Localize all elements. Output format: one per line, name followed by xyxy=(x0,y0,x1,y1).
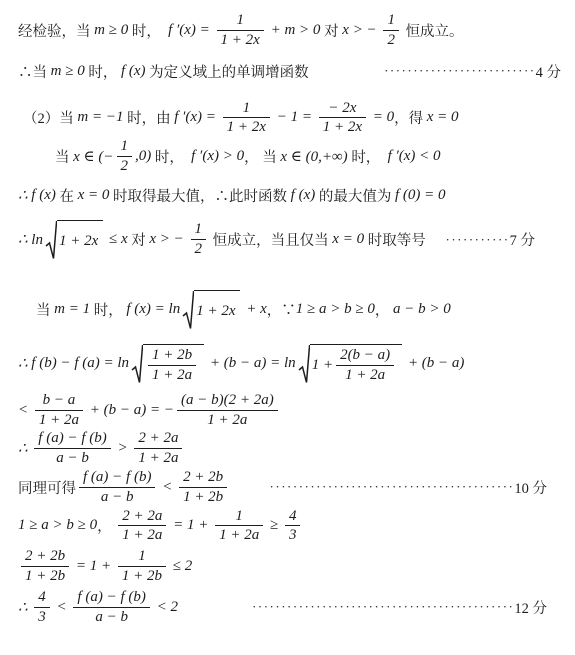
fraction-denominator: 3 xyxy=(34,608,50,626)
radicand: 1 +2(b − a)1 + 2a xyxy=(310,344,403,384)
fraction-numerator: 2 + 2a xyxy=(134,430,182,449)
math-run: ∴ ln xyxy=(18,230,43,249)
fraction-denominator: 1 + 2a xyxy=(177,411,278,429)
math-run: + (b − a) = ln xyxy=(206,355,296,372)
text-run: 对 xyxy=(128,229,150,250)
solution-line-11: 同理可得f (a) − f (b)a − b < 2 + 2b1 + 2b···… xyxy=(18,469,561,506)
fraction: f (a) − f (b)a − b xyxy=(73,589,149,626)
fraction: 2 + 2a1 + 2a xyxy=(134,430,182,467)
solution-line-14: ∴ 43 < f (a) − f (b)a − b < 2···········… xyxy=(18,589,561,626)
math-run: ∴ xyxy=(18,186,31,205)
math-run: x ∈ (− xyxy=(73,147,113,166)
fraction: 1 + 2b1 + 2a xyxy=(148,347,196,384)
fraction-denominator: 1 + 2a xyxy=(118,526,166,544)
solution-line-4: 当 x ∈ (−12,0) 时， f ′(x) > 0， 当 x ∈ (0,+∞… xyxy=(55,138,561,175)
math-run: ∴ xyxy=(18,439,31,458)
radical-icon xyxy=(45,220,57,260)
fraction-numerator: 1 + 2b xyxy=(148,347,196,366)
fraction-numerator: (a − b)(2 + 2a) xyxy=(177,392,278,411)
fraction: 12 xyxy=(383,12,399,49)
fraction-numerator: f (a) − f (b) xyxy=(34,430,110,449)
fraction: 11 + 2x xyxy=(223,100,270,137)
solution-line-7: 当 m = 1 时， f (x) = ln1 + 2x + x，∵1 ≥ a >… xyxy=(36,290,561,330)
fraction-denominator: 1 + 2a xyxy=(35,411,83,429)
fraction-numerator: 1 xyxy=(223,100,270,119)
text-run: 时取等号 xyxy=(364,229,426,250)
math-run: 1 ≥ a > b ≥ 0 xyxy=(18,517,97,534)
text-run: ， 当 xyxy=(244,146,280,167)
text-run: 在 xyxy=(56,185,78,206)
math-run: > xyxy=(114,440,132,457)
math-run: ≥ xyxy=(266,517,282,534)
math-run: m = 1 xyxy=(54,301,90,318)
radicand: 1 + 2x xyxy=(194,290,240,330)
text-run: 对 xyxy=(324,20,342,41)
fraction: 2(b − a)1 + 2a xyxy=(336,347,394,384)
fraction: b − a1 + 2a xyxy=(35,392,83,429)
solution-document: 经检验，当 m ≥ 0 时， f ′(x) = 11 + 2x + m > 0 … xyxy=(0,0,575,625)
fraction-denominator: a − b xyxy=(79,488,155,506)
math-run: = 1 + xyxy=(169,517,212,534)
math-run: 1 + xyxy=(312,357,333,374)
fraction-denominator: 1 + 2b xyxy=(179,488,227,506)
fraction-numerator: 4 xyxy=(285,508,301,527)
text-run: 经检验，当 xyxy=(18,20,94,41)
sqrt-expression: 1 + 2x xyxy=(182,290,240,330)
math-run: a − b > 0 xyxy=(393,301,451,318)
math-run: f ′(x) > 0 xyxy=(191,148,244,165)
fraction: f (a) − f (b)a − b xyxy=(34,430,110,467)
fraction: 11 + 2x xyxy=(217,12,264,49)
score-mark: 10 分 xyxy=(514,477,547,498)
fraction-denominator: 1 + 2x xyxy=(319,118,366,136)
solution-line-12: 1 ≥ a > b ≥ 0， 2 + 2a1 + 2a = 1 + 11 + 2… xyxy=(18,508,561,545)
fraction: − 2x1 + 2x xyxy=(319,100,366,137)
fraction-denominator: 1 + 2b xyxy=(118,567,166,585)
math-run: = 0 xyxy=(369,109,394,126)
text-run: 恒成立。 xyxy=(402,20,464,41)
math-run: x = 0 xyxy=(427,109,459,126)
text-run: 为定义域上的单调增函数 xyxy=(146,61,309,82)
fraction-numerator: 1 xyxy=(217,12,264,31)
math-run: m ≥ 0 xyxy=(94,22,128,39)
fraction-denominator: 2 xyxy=(383,31,399,49)
text-run: ，得 xyxy=(394,107,427,128)
math-run: ≤ 2 xyxy=(169,558,192,575)
text-run: 时， xyxy=(85,61,121,82)
text-run: 时取得最大值，∴此时函数 xyxy=(109,185,290,206)
math-run: f ′(x) = xyxy=(174,109,219,126)
math-run: ,0) xyxy=(135,148,151,165)
fraction-numerator: 2 + 2b xyxy=(179,469,227,488)
fraction-numerator: 2(b − a) xyxy=(336,347,394,366)
fraction-denominator: 2 xyxy=(191,240,207,258)
text-run: 的最大值为 xyxy=(315,185,395,206)
text-run: 当 xyxy=(36,299,54,320)
math-run: < xyxy=(53,599,71,616)
math-run: x = 0 xyxy=(78,187,110,204)
solution-line-5: ∴ f (x) 在 x = 0 时取得最大值，∴此时函数 f (x) 的最大值为… xyxy=(18,185,561,206)
text-run: 当 xyxy=(55,146,73,167)
math-run: + (b − a) xyxy=(404,355,464,372)
fraction-denominator: 1 + 2x xyxy=(223,118,270,136)
fraction: 11 + 2b xyxy=(118,548,166,585)
fraction: 11 + 2a xyxy=(215,508,263,545)
radical-icon xyxy=(182,290,194,330)
solution-line-3: （2）当 m = −1 时，由 f ′(x) = 11 + 2x − 1 = −… xyxy=(23,100,561,137)
fraction-numerator: 1 xyxy=(118,548,166,567)
dots-leader: ········································… xyxy=(252,599,514,615)
text-run: ， xyxy=(97,515,115,536)
fraction-numerator: − 2x xyxy=(319,100,366,119)
radicand: 1 + 2b1 + 2a xyxy=(143,344,204,384)
math-run: x ∈ (0,+∞) xyxy=(280,147,347,166)
fraction-denominator: 1 + 2x xyxy=(217,31,264,49)
fraction-denominator: 1 + 2b xyxy=(21,567,69,585)
solution-line-1: 经检验，当 m ≥ 0 时， f ′(x) = 11 + 2x + m > 0 … xyxy=(18,12,561,49)
sqrt-expression: 1 +2(b − a)1 + 2a xyxy=(298,344,403,384)
fraction-numerator: 1 xyxy=(117,138,133,157)
math-run: 1 ≥ a > b ≥ 0 xyxy=(296,301,375,318)
fraction: 2 + 2a1 + 2a xyxy=(118,508,166,545)
fraction: 43 xyxy=(285,508,301,545)
math-run: x = 0 xyxy=(332,231,364,248)
math-run: + m > 0 xyxy=(267,22,324,39)
math-run: + (b − a) = − xyxy=(86,402,174,419)
fraction-denominator: 1 + 2a xyxy=(148,366,196,384)
math-run: ∴ xyxy=(18,354,31,373)
math-run: ≤ x xyxy=(105,231,127,248)
solution-line-8: ∴ f (b) − f (a) = ln1 + 2b1 + 2a + (b − … xyxy=(18,344,561,384)
math-run: < xyxy=(158,479,176,496)
math-run: f (x) = ln xyxy=(126,301,180,318)
text-run: 时， xyxy=(128,20,168,41)
fraction: 2 + 2b1 + 2b xyxy=(179,469,227,506)
fraction-numerator: 1 xyxy=(191,221,207,240)
math-run: f (x) xyxy=(291,187,316,204)
dots-leader: ········································… xyxy=(270,479,515,495)
math-run: x > − xyxy=(342,22,380,39)
dots-leader: ·························· xyxy=(384,63,536,79)
dots-leader: ··········· xyxy=(446,232,510,248)
fraction: 12 xyxy=(117,138,133,175)
fraction-denominator: 1 + 2a xyxy=(215,526,263,544)
fraction-numerator: 4 xyxy=(34,589,50,608)
fraction-numerator: f (a) − f (b) xyxy=(73,589,149,608)
sqrt-expression: 1 + 2b1 + 2a xyxy=(131,344,204,384)
fraction-numerator: 1 xyxy=(215,508,263,527)
math-run: < xyxy=(18,402,32,419)
text-run: 同理可得 xyxy=(18,477,76,498)
math-run: = 1 + xyxy=(72,558,115,575)
score-mark: 4 分 xyxy=(536,61,561,82)
math-run: f (0) = 0 xyxy=(395,187,446,204)
text-run: ，∵ xyxy=(267,299,296,320)
solution-line-13: 2 + 2b1 + 2b = 1 + 11 + 2b ≤ 2 xyxy=(18,548,561,585)
fraction: (a − b)(2 + 2a)1 + 2a xyxy=(177,392,278,429)
text-run: ∴当 xyxy=(18,61,51,82)
text-run: 时，由 xyxy=(123,107,174,128)
radicand: 1 + 2x xyxy=(57,220,103,260)
solution-line-9: < b − a1 + 2a + (b − a) = −(a − b)(2 + 2… xyxy=(18,392,561,429)
math-run: f (x) xyxy=(121,63,146,80)
fraction-denominator: 2 xyxy=(117,157,133,175)
score-mark: 12 分 xyxy=(514,597,547,618)
math-run: x > − xyxy=(149,231,187,248)
math-run: m = −1 xyxy=(77,109,123,126)
math-run: − 1 = xyxy=(273,109,316,126)
math-run: f ′(x) < 0 xyxy=(388,148,441,165)
fraction-numerator: f (a) − f (b) xyxy=(79,469,155,488)
fraction-denominator: a − b xyxy=(73,608,149,626)
fraction-denominator: 3 xyxy=(285,526,301,544)
score-mark: 7 分 xyxy=(510,229,535,250)
solution-line-2: ∴当 m ≥ 0 时， f (x) 为定义域上的单调增函数···········… xyxy=(18,61,561,82)
radical-icon xyxy=(131,344,143,384)
text-run: （2）当 xyxy=(23,107,77,128)
math-run: ∴ xyxy=(18,598,31,617)
fraction-denominator: 1 + 2a xyxy=(134,449,182,467)
solution-line-6: ∴ ln1 + 2x ≤ x 对 x > − 12 恒成立，当且仅当 x = 0… xyxy=(18,220,561,260)
math-run: + x xyxy=(242,301,266,318)
math-run: m ≥ 0 xyxy=(51,63,85,80)
fraction: 2 + 2b1 + 2b xyxy=(21,548,69,585)
radical-icon xyxy=(298,344,310,384)
fraction: 12 xyxy=(191,221,207,258)
text-run: 时， xyxy=(151,146,191,167)
fraction-numerator: 2 + 2b xyxy=(21,548,69,567)
text-run: 恒成立，当且仅当 xyxy=(209,229,332,250)
math-run: f ′(x) = xyxy=(168,22,213,39)
fraction-denominator: 1 + 2a xyxy=(336,366,394,384)
fraction-numerator: 2 + 2a xyxy=(118,508,166,527)
fraction: 43 xyxy=(34,589,50,626)
text-run: 时， xyxy=(90,299,126,320)
math-run: f (x) xyxy=(31,187,56,204)
fraction: f (a) − f (b)a − b xyxy=(79,469,155,506)
fraction-numerator: 1 xyxy=(383,12,399,31)
fraction-denominator: a − b xyxy=(34,449,110,467)
math-run: f (b) − f (a) = ln xyxy=(31,355,129,372)
text-run: ， xyxy=(375,299,393,320)
text-run: 时， xyxy=(348,146,388,167)
sqrt-expression: 1 + 2x xyxy=(45,220,103,260)
math-run: < 2 xyxy=(153,599,178,616)
solution-line-10: ∴ f (a) − f (b)a − b > 2 + 2a1 + 2a xyxy=(18,430,561,467)
fraction-numerator: b − a xyxy=(35,392,83,411)
